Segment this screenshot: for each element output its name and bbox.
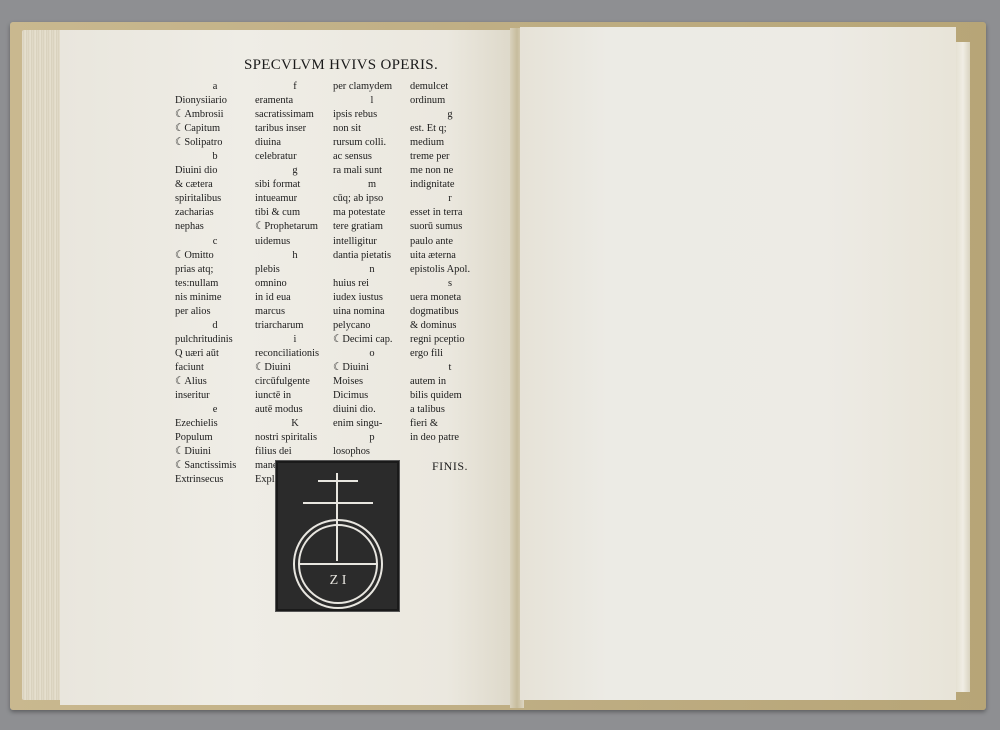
register-entry: per clamydem <box>333 80 411 94</box>
register-entry: dogmatibus <box>410 305 490 319</box>
register-entry: ordinum <box>410 94 490 108</box>
register-entry: faciunt <box>175 361 255 375</box>
register-entry: spiritalibus <box>175 192 255 206</box>
register-entry: ra mali sunt <box>333 164 411 178</box>
printer-mark-woodcut: Z I <box>276 461 399 611</box>
register-entry: ☾Solipatro <box>175 136 255 150</box>
register-entry: huius rei <box>333 277 411 291</box>
signature-letter: f <box>255 80 335 94</box>
register-entry: ☾Decimi cap. <box>333 333 411 347</box>
register-entry: sibi format <box>255 178 335 192</box>
signature-letter: b <box>175 150 255 164</box>
register-entry: dantia pietatis <box>333 249 411 263</box>
register-entry: uina nomina <box>333 305 411 319</box>
register-entry: ☾Omitto <box>175 249 255 263</box>
signature-letter: c <box>175 235 255 249</box>
register-entry: ac sensus <box>333 150 411 164</box>
register-entry <box>410 445 490 459</box>
register-entry: fieri & <box>410 417 490 431</box>
register-column-1: aDionysiiario☾Ambrosii☾Capitum☾Solipatro… <box>175 80 255 487</box>
register-entry: iudex iustus <box>333 291 411 305</box>
register-column-3: per clamydemlipsis rebusnon sitrursum co… <box>333 80 411 487</box>
register-entry: uita æterna <box>410 249 490 263</box>
register-entry: circūfulgente <box>255 375 335 389</box>
signature-letter: n <box>333 263 411 277</box>
register-entry: ☾Diuini <box>255 361 335 375</box>
register-entry: pulchritudinis <box>175 333 255 347</box>
signature-letter: h <box>255 249 335 263</box>
register-entry: cūq; ab ipso <box>333 192 411 206</box>
register-entry: per alios <box>175 305 255 319</box>
finis-label: FINIS. <box>410 459 490 473</box>
register-entry: autē modus <box>255 403 335 417</box>
register-entry: iunctē in <box>255 389 335 403</box>
signature-letter: d <box>175 319 255 333</box>
register-entry: ☾Diuini <box>333 361 411 375</box>
register-entry: Dicimus <box>333 389 411 403</box>
register-entry: Extrinsecus <box>175 473 255 487</box>
register-entry: marcus <box>255 305 335 319</box>
running-title: SPECVLVM HVIVS OPERIS. <box>244 57 438 74</box>
register-entry: tes:nullam <box>175 277 255 291</box>
register-entry: zacharias <box>175 206 255 220</box>
register-entry: ☾Prophetarum <box>255 220 335 234</box>
register-column-4: demulcetordinumgest. Et q;mediumtreme pe… <box>410 80 490 473</box>
register-entry: inseritur <box>175 389 255 403</box>
register-entry: celebratur <box>255 150 335 164</box>
register-entry: me non ne <box>410 164 490 178</box>
register-entry: Q uæri aūt <box>175 347 255 361</box>
register-entry: nephas <box>175 220 255 234</box>
signature-letter: o <box>333 347 411 361</box>
register-entry: Moises <box>333 375 411 389</box>
register-entry: nostri spiritalis <box>255 431 335 445</box>
register-entry: reconciliationis <box>255 347 335 361</box>
register-entry: eramenta <box>255 94 335 108</box>
register-entry: omnino <box>255 277 335 291</box>
register-entry: Diuini dio <box>175 164 255 178</box>
register-entry: bilis quidem <box>410 389 490 403</box>
signature-letter: m <box>333 178 411 192</box>
register-entry: epistolis Apol. <box>410 263 490 277</box>
register-entry: medium <box>410 136 490 150</box>
register-entry: Ezechielis <box>175 417 255 431</box>
register-entry: & cætera <box>175 178 255 192</box>
register-entry: triarcharum <box>255 319 335 333</box>
register-entry: nis minime <box>175 291 255 305</box>
register-entry: taribus inser <box>255 122 335 136</box>
register-entry: ergo fili <box>410 347 490 361</box>
register-entry: in id eua <box>255 291 335 305</box>
register-entry: enim singu- <box>333 417 411 431</box>
signature-letter: g <box>410 108 490 122</box>
signature-letter: e <box>175 403 255 417</box>
register-entry: & dominus <box>410 319 490 333</box>
register-entry: ☾Diuini <box>175 445 255 459</box>
register-entry: in deo patre <box>410 431 490 445</box>
register-entry: intueamur <box>255 192 335 206</box>
signature-letter: K <box>255 417 335 431</box>
register-entry: diuina <box>255 136 335 150</box>
register-entry: plebis <box>255 263 335 277</box>
register-entry: rursum colli. <box>333 136 411 150</box>
register-entry: uidemus <box>255 235 335 249</box>
right-page-blank <box>520 27 956 700</box>
signature-letter: r <box>410 192 490 206</box>
page-edges-right <box>956 42 970 692</box>
register-entry: tibi & cum <box>255 206 335 220</box>
register-entry: autem in <box>410 375 490 389</box>
signature-letter: l <box>333 94 411 108</box>
register-entry: paulo ante <box>410 235 490 249</box>
register-entry: treme per <box>410 150 490 164</box>
register-entry: uera moneta <box>410 291 490 305</box>
register-entry: suorū sumus <box>410 220 490 234</box>
register-entry: pelycano <box>333 319 411 333</box>
register-entry: est. Et q; <box>410 122 490 136</box>
signature-letter: g <box>255 164 335 178</box>
register-entry: ma potestate <box>333 206 411 220</box>
double-cross-orb-icon: Z I <box>278 463 397 609</box>
register-column-2: feramentasacratissimamtaribus inserdiuin… <box>255 80 335 487</box>
printer-initials: Z I <box>330 573 347 588</box>
signature-letter: i <box>255 333 335 347</box>
register-entry: diuini dio. <box>333 403 411 417</box>
register-entry: sacratissimam <box>255 108 335 122</box>
register-entry: intelligitur <box>333 235 411 249</box>
register-entry: indignitate <box>410 178 490 192</box>
signature-letter: a <box>175 80 255 94</box>
register-entry: Populum <box>175 431 255 445</box>
signature-letter: s <box>410 277 490 291</box>
signature-letter: p <box>333 431 411 445</box>
register-entry: a talibus <box>410 403 490 417</box>
register-entry: prias atq; <box>175 263 255 277</box>
register-entry: tere gratiam <box>333 220 411 234</box>
signature-letter: t <box>410 361 490 375</box>
register-entry: ipsis rebus <box>333 108 411 122</box>
register-entry: demulcet <box>410 80 490 94</box>
register-entry: ☾Alius <box>175 375 255 389</box>
register-entry: ☾Sanctissimis <box>175 459 255 473</box>
register-entry: Dionysiiario <box>175 94 255 108</box>
register-entry: esset in terra <box>410 206 490 220</box>
register-entry: non sit <box>333 122 411 136</box>
register-entry: ☾Capitum <box>175 122 255 136</box>
register-entry: filius dei <box>255 445 335 459</box>
register-entry: ☾Ambrosii <box>175 108 255 122</box>
register-entry: regni pceptio <box>410 333 490 347</box>
register-entry: losophos <box>333 445 411 459</box>
